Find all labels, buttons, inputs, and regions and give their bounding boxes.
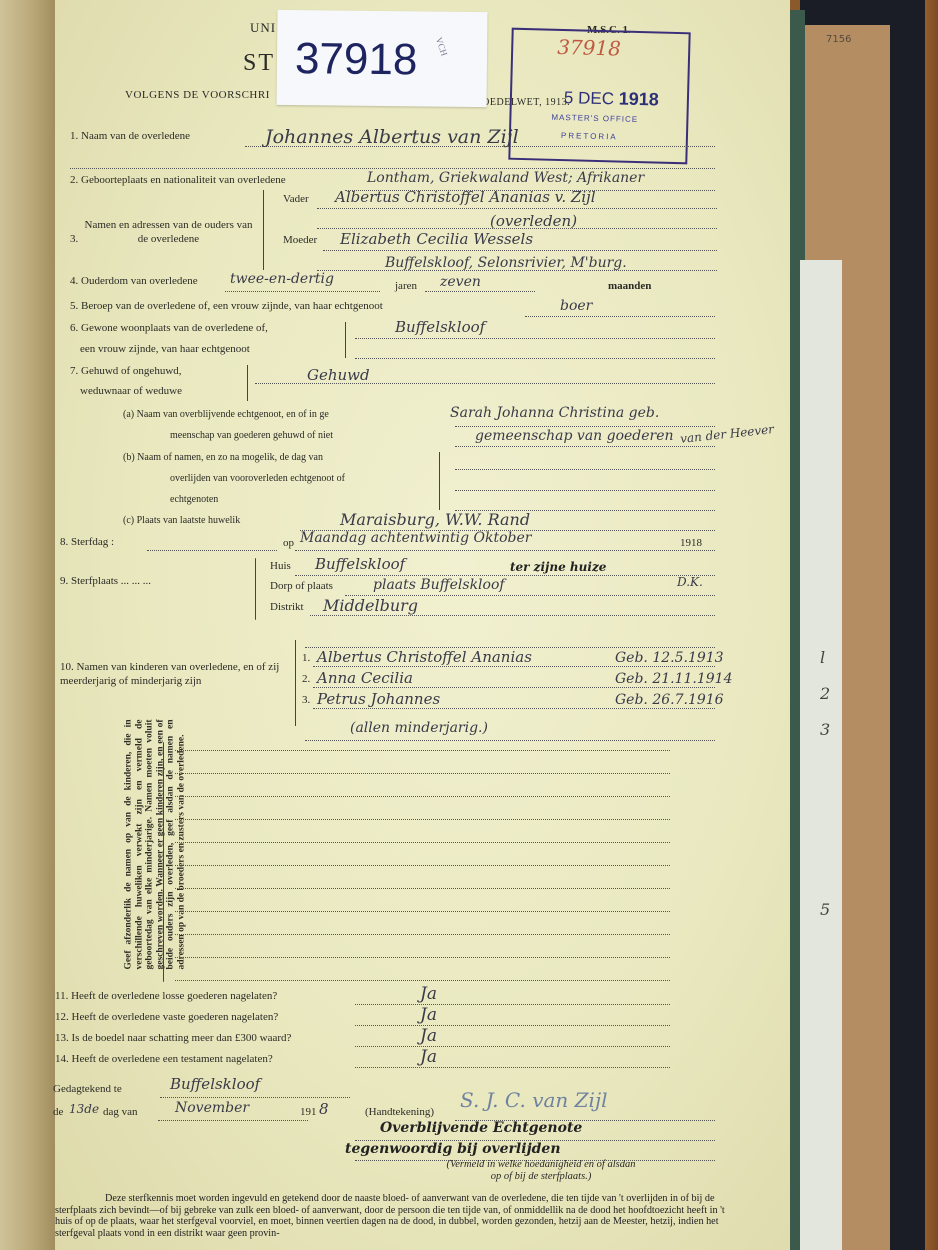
child-birthdate: Geb. 12.5.1913 [615,650,724,666]
distrikt-value: Middelburg [323,596,418,615]
age-years-value: twee-en-dertig [230,271,334,287]
field-2-label: 2. Geboorteplaats en nationaliteit van o… [70,174,286,186]
age-months-value: zeven [440,274,481,290]
question-answer: Ja [420,1005,437,1025]
mother-value: Elizabeth Cecilia Wessels [340,230,533,248]
father-value: Albertus Christoffel Ananias v. Zijl [335,188,596,206]
dorp-note: D.K. [677,575,703,589]
blank-line [175,980,670,981]
field-7-value: Gehuwd [307,366,370,384]
question-label: 12. Heeft de overledene vaste goederen n… [55,1011,278,1023]
year-digit: 8 [319,1100,329,1118]
child-name: Albertus Christoffel Ananias [317,648,532,666]
field-1-value: Johannes Albertus van Zijl [265,126,519,148]
field-6-label: 6. Gewone woonplaats van de overledene o… [70,322,268,334]
years-label: jaren [395,280,417,292]
blank-line [175,750,670,751]
stamp-city: PRETORIA [561,131,618,141]
field-7a-label-line2: meenschap van goederen gehuwd of niet [170,430,333,441]
mother-address: Buffelskloof, Selonsrivier, M'burg. [385,255,627,271]
file-number: 37918 [295,34,418,85]
stamp-handwritten-number: 37918 [557,35,621,61]
field-7c-label: (c) Plaats van laatste huwelik [123,515,240,526]
previous-page-edge [0,0,58,1250]
child-number: 3. [302,694,310,706]
field-7a-value-line2: gemeenschap van goederen [475,428,674,444]
field-6-value: Buffelskloof [395,318,485,336]
capacity-line2: tegenwoordig bij overlijden [345,1141,561,1157]
file-number-sticker: 37918 VCH [277,10,488,107]
field-2-value: Lontham, Griekwaland West; Afrikaner [367,170,644,186]
blank-line [175,842,670,843]
huis-label: Huis [270,560,291,572]
father-note: (overleden) [490,212,577,230]
capacity-hint: (Vermeld in welke hoedanigheid en of als… [441,1159,641,1183]
capacity-line1: Overblijvende Echtgenote [380,1120,582,1136]
mother-label: Moeder [283,234,317,246]
side-instruction: Geef afzonderlik de namen op van de kind… [105,738,205,988]
death-notice-form: UNI M.S.C. 1. ST VOLGENS DE VOORSCHRI BO… [55,0,790,1250]
index-tab-marks: l23 5 [820,640,830,928]
field-8-value: Maandag achtentwintig Oktober [300,530,531,546]
day-value: 13de [69,1102,99,1116]
blank-line [175,796,670,797]
months-label: maanden [608,280,651,292]
footnote: Deze sterfkennis moet worden ingevuld en… [55,1193,735,1239]
blank-line [175,934,670,935]
distrikt-label: Distrikt [270,601,304,613]
field-7a-value: Sarah Johanna Christina geb. [450,405,659,421]
field-5-value: boer [560,298,592,314]
year-prefix: 191 [300,1106,317,1118]
header-union: UNI [250,20,276,36]
field-8-label: 8. Sterfdag : [60,536,114,548]
field-7b-label-line2: overlijden van vooroverleden echtgenoot … [170,473,345,484]
child-name: Petrus Johannes [317,690,440,708]
field-3-label: 3. Namen en adressen van de ouders van d… [70,218,256,246]
question-answer: Ja [420,1026,437,1046]
signed-at-label: Gedagtekend te [53,1083,122,1095]
child-name: Anna Cecilia [317,669,413,687]
children-note: (allen minderjarig.) [350,720,488,736]
sticker-note: VCH [434,36,450,57]
field-1-label: 1. Naam van de overledene [70,130,190,142]
signature-value: S. J. C. van Zijl [460,1088,608,1112]
question-answer: Ja [420,1047,437,1067]
field-7c-value: Maraisburg, W.W. Rand [340,510,530,529]
child-birthdate: Geb. 26.7.1916 [615,692,724,708]
question-label: 13. Is de boedel naar schatting meer dan… [55,1032,291,1044]
day-label: dag van [103,1106,138,1118]
question-label: 14. Heeft de overledene een testament na… [55,1053,273,1065]
blank-line [175,911,670,912]
cardboard-note: 7156 [826,34,851,45]
father-label: Vader [283,193,309,205]
field-5-label: 5. Beroep van de overledene of, een vrou… [70,300,383,312]
blank-line [175,888,670,889]
field-8-year: 1918 [680,537,702,549]
blank-line [175,957,670,958]
blank-line [175,773,670,774]
masters-office-stamp: 37918 5 DEC 1918 MASTER'S OFFICE PRETORI… [508,28,690,165]
stamp-office: MASTER'S OFFICE [551,113,638,124]
signed-at-value: Buffelskloof [170,1075,260,1093]
huis-value: Buffelskloof [315,555,405,573]
field-7a-label: (a) Naam van overblijvende echtgenoot, e… [123,409,329,420]
day-prefix: de [53,1106,63,1118]
month-value: November [175,1100,249,1116]
stamp-date: 5 DEC 1918 [564,87,659,110]
field-6-label-line2: een vrouw zijnde, van haar echtgenoot [80,343,250,355]
field-7b-label-line3: echtgenoten [170,494,218,505]
huis-note: ter zijne huize [510,560,606,574]
question-label: 11. Heeft de overledene losse goederen n… [55,990,277,1002]
field-10-label: 10. Namen van kinderen van overledene, e… [60,660,280,688]
dorp-label: Dorp of plaats [270,580,333,592]
signature-label: (Handtekening) [365,1106,434,1118]
dorp-value: plaats Buffelskloof [373,577,505,593]
field-4-label: 4. Ouderdom van overledene [70,275,198,287]
child-number: 1. [302,652,310,664]
field-7-label: 7. Gehuwd of ongehuwd, [70,365,182,377]
field-8-prefix: op [283,537,294,549]
header-subtitle-left: VOLGENS DE VOORSCHRI [125,89,270,101]
field-7b-label: (b) Naam of namen, en zo na mogelik, de … [123,452,323,463]
child-number: 2. [302,673,310,685]
blank-line [175,865,670,866]
field-7-label-line2: weduwnaar of weduwe [80,385,182,397]
field-9-label: 9. Sterfplaats ... ... ... [60,575,151,587]
header-title: ST [243,50,275,77]
child-birthdate: Geb. 21.11.1914 [615,671,733,687]
question-answer: Ja [420,984,437,1004]
blank-line [175,819,670,820]
